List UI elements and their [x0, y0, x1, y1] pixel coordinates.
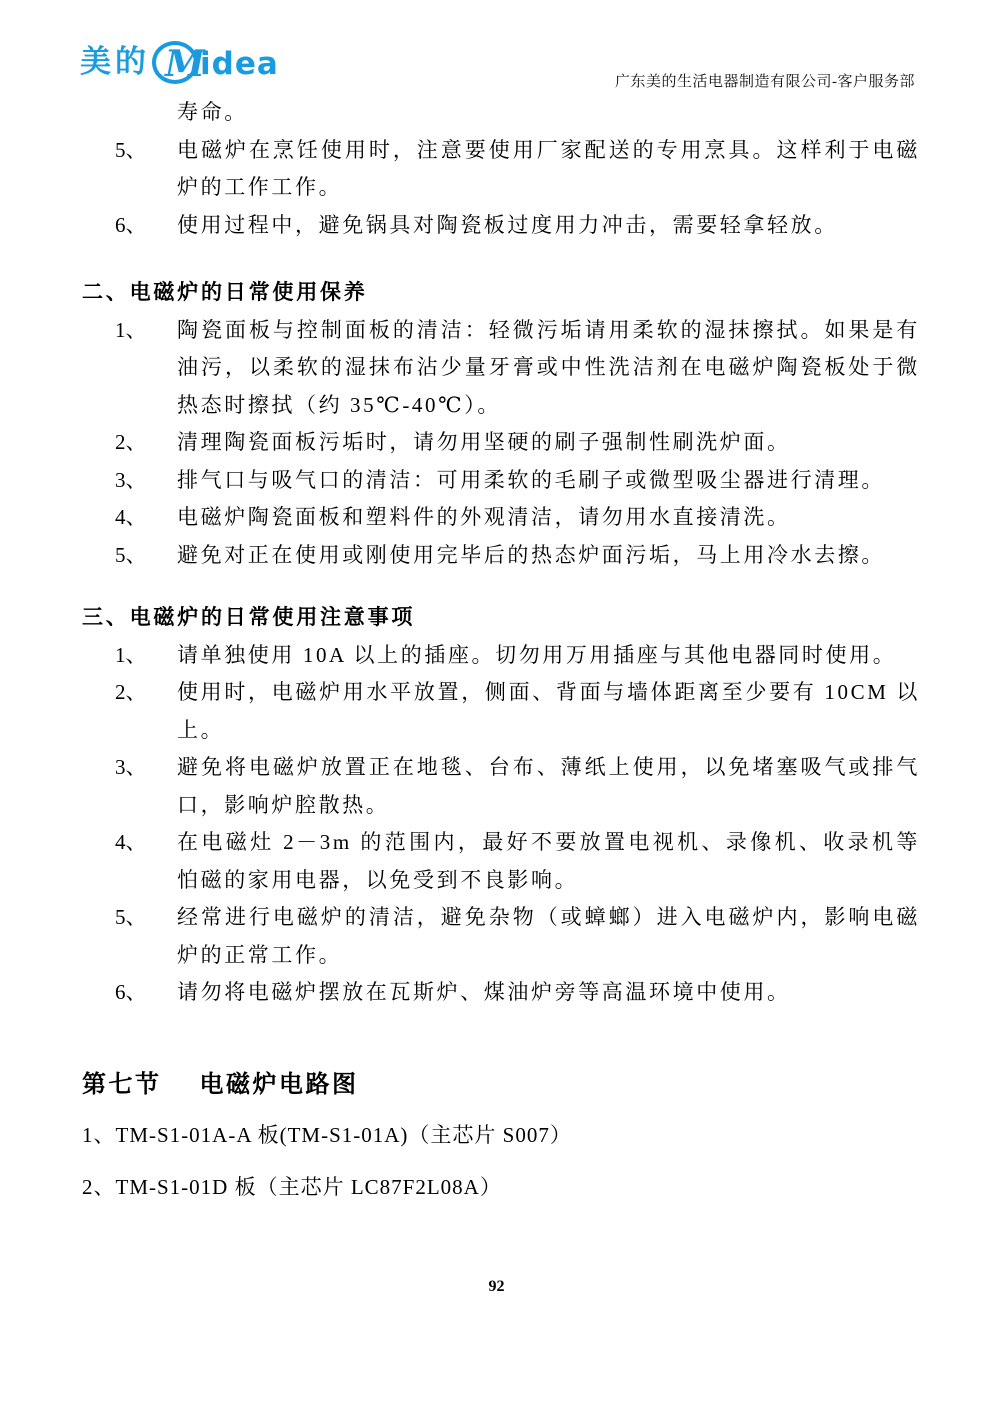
list-item-text: 电磁炉陶瓷面板和塑料件的外观清洁，请勿用水直接清洗。	[177, 505, 791, 529]
list-item: 6、请勿将电磁炉摆放在瓦斯炉、煤油炉旁等高温环境中使用。	[82, 974, 920, 1012]
list-item-text: 使用过程中，避免锅具对陶瓷板过度用力冲击，需要轻拿轻放。	[177, 213, 838, 237]
chapter-heading: 第七节电磁炉电路图	[82, 1062, 920, 1107]
list-item: 1、陶瓷面板与控制面板的清洁：轻微污垢请用柔软的湿抹擦拭。如果是有油污，以柔软的…	[82, 312, 920, 425]
list-item-text: 陶瓷面板与控制面板的清洁：轻微污垢请用柔软的湿抹擦拭。如果是有油污，以柔软的湿抹…	[177, 318, 920, 417]
document-page: 美的 M idea 广东美的生活电器制造有限公司-客户服务部 寿命。 5、电磁炉…	[0, 0, 993, 1404]
midea-logo-cn: 美的	[80, 38, 150, 86]
midea-logo-mark-icon: M idea	[152, 37, 282, 87]
list-item: 4、电磁炉陶瓷面板和塑料件的外观清洁，请勿用水直接清洗。	[82, 499, 920, 537]
list-item: 5、经常进行电磁炉的清洁，避免杂物（或蟑螂）进入电磁炉内，影响电磁炉的正常工作。	[82, 899, 920, 974]
chapter-title: 电磁炉电路图	[200, 1070, 359, 1098]
list-item-number: 5、	[115, 899, 147, 937]
list-item: 6、使用过程中，避免锅具对陶瓷板过度用力冲击，需要轻拿轻放。	[82, 207, 920, 245]
list-item-number: 3、	[115, 749, 147, 787]
list-item-text: 使用时，电磁炉用水平放置，侧面、背面与墙体距离至少要有 10CM 以上。	[177, 680, 920, 742]
chapter-label: 第七节	[82, 1070, 162, 1098]
list-item-text: 请单独使用 10A 以上的插座。切勿用万用插座与其他电器同时使用。	[177, 643, 896, 667]
list-item-text: 电磁炉在烹饪使用时，注意要使用厂家配送的专用烹具。这样利于电磁炉的工作工作。	[177, 138, 920, 200]
list-item: 5、电磁炉在烹饪使用时，注意要使用厂家配送的专用烹具。这样利于电磁炉的工作工作。	[82, 132, 920, 207]
list-item-number: 1、	[115, 312, 147, 350]
page-number: 92	[0, 1278, 993, 1296]
list-item-number: 3、	[115, 462, 147, 500]
list-item: 2、使用时，电磁炉用水平放置，侧面、背面与墙体距离至少要有 10CM 以上。	[82, 674, 920, 749]
list-item-number: 6、	[115, 974, 147, 1012]
list-item: 5、避免对正在使用或刚使用完毕后的热态炉面污垢，马上用冷水去擦。	[82, 537, 920, 575]
list-item: 2、清理陶瓷面板污垢时，请勿用坚硬的刷子强制性刷洗炉面。	[82, 424, 920, 462]
list-item-number: 4、	[115, 499, 147, 537]
header-company: 广东美的生活电器制造有限公司-客户服务部	[615, 70, 915, 91]
list-item-text: 避免将电磁炉放置正在地毯、台布、薄纸上使用，以免堵塞吸气或排气口，影响炉腔散热。	[177, 755, 920, 817]
list-item-text: 在电磁灶 2－3m 的范围内，最好不要放置电视机、录像机、收录机等怕磁的家用电器…	[177, 830, 920, 892]
list-item-number: 5、	[115, 537, 147, 575]
list-item-number: 5、	[115, 132, 147, 170]
list-item-text: 避免对正在使用或刚使用完毕后的热态炉面污垢，马上用冷水去擦。	[177, 543, 885, 567]
list-item-text: 经常进行电磁炉的清洁，避免杂物（或蟑螂）进入电磁炉内，影响电磁炉的正常工作。	[177, 905, 920, 967]
list-item: 1、请单独使用 10A 以上的插座。切勿用万用插座与其他电器同时使用。	[82, 637, 920, 675]
midea-logo-idea: idea	[200, 43, 279, 85]
circuit-board-line: 1、TM-S1-01A-A 板(TM-S1-01A)（主芯片 S007）	[82, 1117, 920, 1155]
list-item-text: 排气口与吸气口的清洁：可用柔软的毛刷子或微型吸尘器进行清理。	[177, 468, 885, 492]
list-item-text: 清理陶瓷面板污垢时，请勿用坚硬的刷子强制性刷洗炉面。	[177, 430, 791, 454]
list-item-number: 2、	[115, 674, 147, 712]
document-content: 寿命。 5、电磁炉在烹饪使用时，注意要使用厂家配送的专用烹具。这样利于电磁炉的工…	[82, 94, 920, 1207]
list-item: 3、排气口与吸气口的清洁：可用柔软的毛刷子或微型吸尘器进行清理。	[82, 462, 920, 500]
paragraph-continuation: 寿命。	[82, 94, 920, 132]
list-item-number: 6、	[115, 207, 147, 245]
list-item: 4、在电磁灶 2－3m 的范围内，最好不要放置电视机、录像机、收录机等怕磁的家用…	[82, 824, 920, 899]
list-item-text: 请勿将电磁炉摆放在瓦斯炉、煤油炉旁等高温环境中使用。	[177, 980, 791, 1004]
section-heading-maintenance: 二、电磁炉的日常使用保养	[82, 274, 920, 312]
list-item-number: 2、	[115, 424, 147, 462]
circuit-board-line: 2、TM-S1-01D 板（主芯片 LC87F2L08A）	[82, 1169, 920, 1207]
list-item-number: 4、	[115, 824, 147, 862]
list-item-number: 1、	[115, 637, 147, 675]
midea-logo: 美的 M idea	[80, 36, 282, 88]
list-item: 3、避免将电磁炉放置正在地毯、台布、薄纸上使用，以免堵塞吸气或排气口，影响炉腔散…	[82, 749, 920, 824]
midea-logo-m: M	[165, 45, 205, 83]
section-heading-precautions: 三、电磁炉的日常使用注意事项	[82, 599, 920, 637]
